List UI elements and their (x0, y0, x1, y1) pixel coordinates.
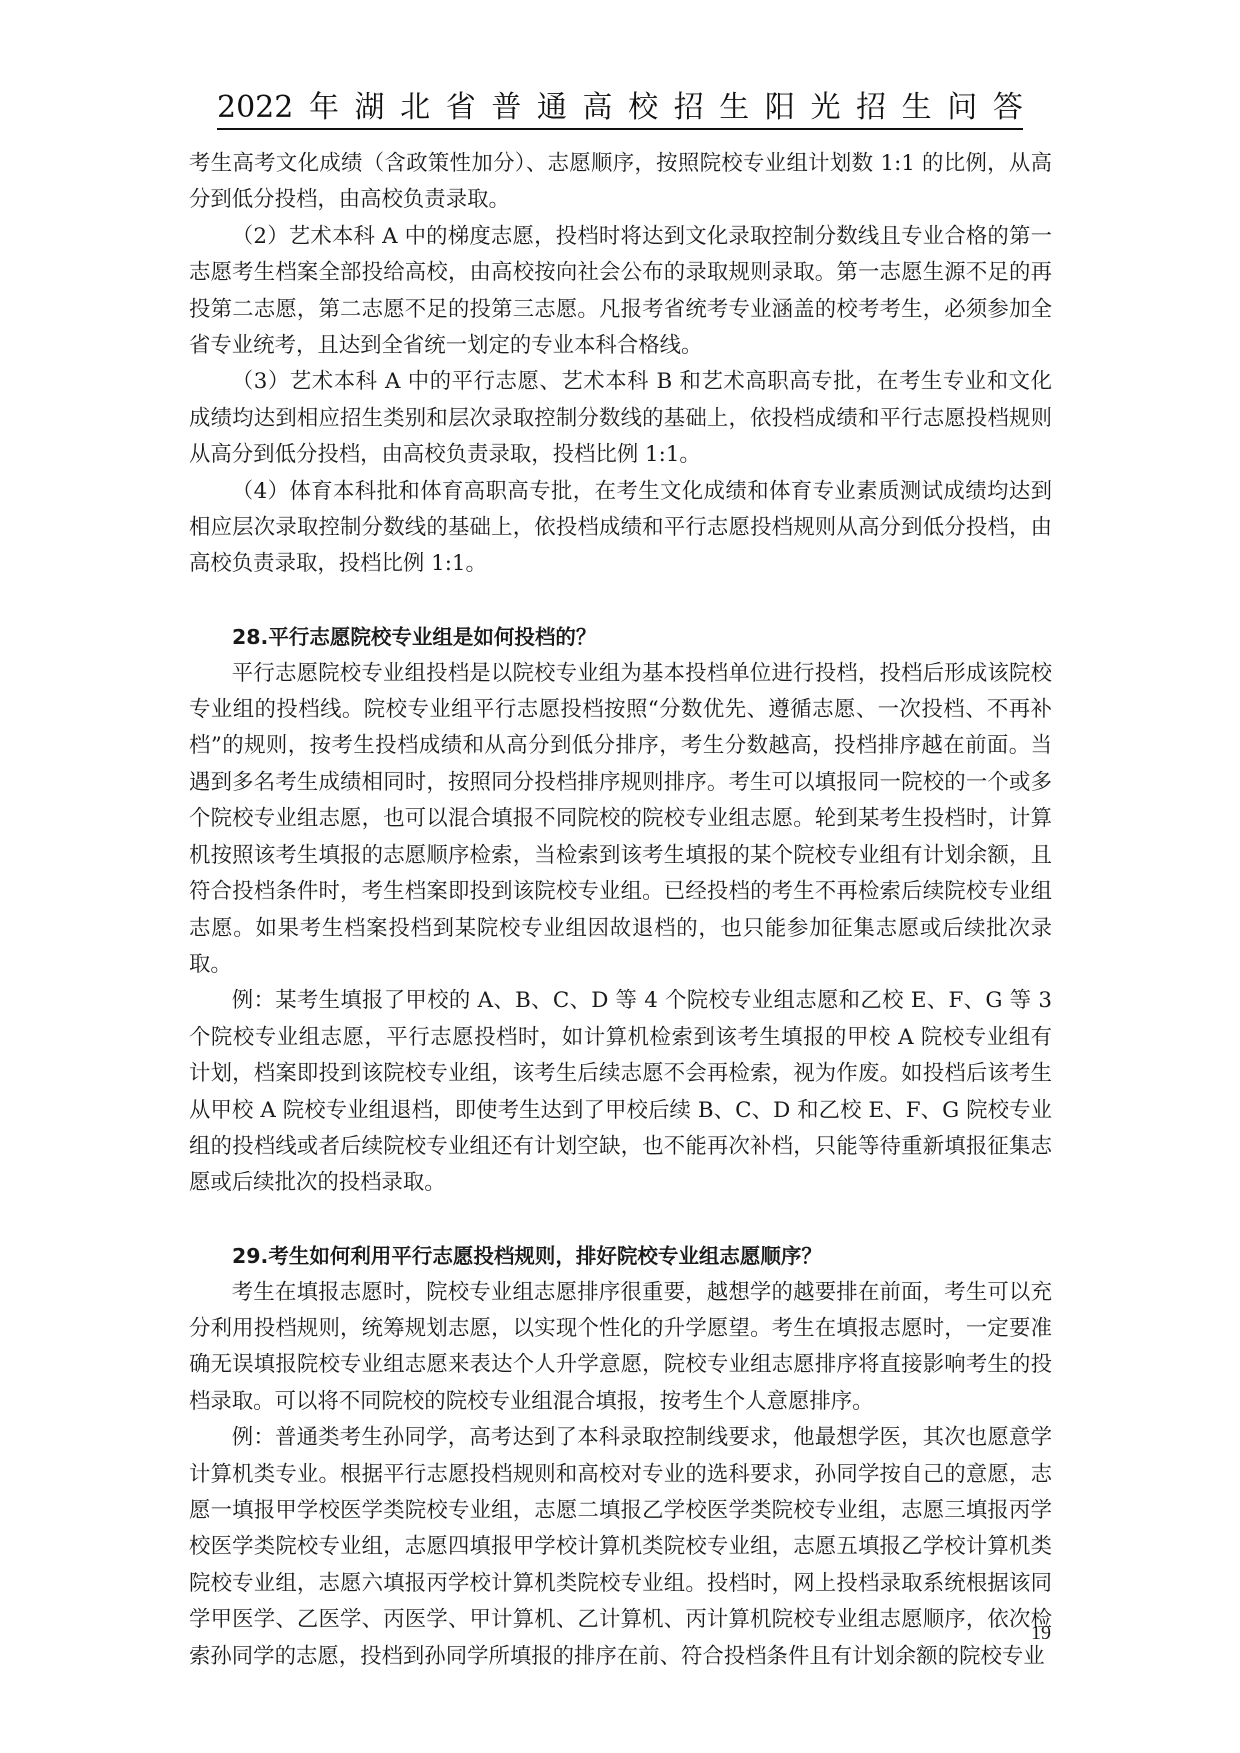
document-body: 考生高考文化成绩（含政策性加分）、志愿顺序，按照院校专业组计划数 1:1 的比例… (189, 146, 1052, 1675)
title-glyph: 通 (537, 90, 567, 126)
title-glyph: 生 (902, 90, 932, 126)
section-gap (189, 583, 1052, 619)
title-glyph: 湖 (355, 90, 385, 126)
answer-paragraph: 考生在填报志愿时，院校专业组志愿排序很重要，越想学的越要排在前面，考生可以充分利… (189, 1275, 1052, 1421)
item-3-paragraph: （3）艺术本科 A 中的平行志愿、艺术本科 B 和艺术高职高专批，在考生专业和文… (189, 364, 1052, 473)
title-glyph: 省 (446, 90, 476, 126)
document-title: 2022年湖北省普通高校招生阳光招生问答 (217, 90, 1023, 126)
title-glyph: 北 (400, 90, 430, 126)
question-title: 28.平行志愿院校专业组是如何投档的？ (189, 619, 1052, 655)
title-glyph: 生 (719, 90, 749, 126)
item-2-paragraph: （2）艺术本科 A 中的梯度志愿，投档时将达到文化录取控制分数线且专业合格的第一… (189, 219, 1052, 365)
item-4-paragraph: （4）体育本科批和体育高职高专批，在考生文化成绩和体育专业素质测试成绩均达到相应… (189, 474, 1052, 583)
title-glyph: 光 (810, 90, 840, 126)
title-glyph: 年 (309, 90, 339, 126)
title-glyph: 2022 (217, 90, 293, 126)
section-gap (189, 1202, 1052, 1238)
question-28: 28.平行志愿院校专业组是如何投档的？ 平行志愿院校专业组投档是以院校专业组为基… (189, 619, 1052, 1202)
example-paragraph: 例：普通类考生孙同学，高考达到了本科录取控制线要求，他最想学医，其次也愿意学计算… (189, 1420, 1052, 1675)
title-glyph: 校 (628, 90, 658, 126)
title-glyph: 问 (947, 90, 977, 126)
answer-paragraph: 平行志愿院校专业组投档是以院校专业组为基本投档单位进行投档，投档后形成该院校专业… (189, 656, 1052, 984)
question-title: 29.考生如何利用平行志愿投档规则，排好院校专业组志愿顺序？ (189, 1238, 1052, 1274)
title-glyph: 普 (491, 90, 521, 126)
title-glyph: 高 (583, 90, 613, 126)
continuation-paragraph: 考生高考文化成绩（含政策性加分）、志愿顺序，按照院校专业组计划数 1:1 的比例… (189, 146, 1052, 219)
page-number: 19 (1031, 1622, 1051, 1645)
title-glyph: 阳 (765, 90, 795, 126)
title-glyph: 答 (993, 90, 1023, 126)
title-glyph: 招 (856, 90, 886, 126)
page-header: 2022年湖北省普通高校招生阳光招生问答 (217, 86, 1023, 130)
title-glyph: 招 (674, 90, 704, 126)
example-paragraph: 例：某考生填报了甲校的 A、B、C、D 等 4 个院校专业组志愿和乙校 E、F、… (189, 983, 1052, 1201)
question-29: 29.考生如何利用平行志愿投档规则，排好院校专业组志愿顺序？ 考生在填报志愿时，… (189, 1238, 1052, 1675)
